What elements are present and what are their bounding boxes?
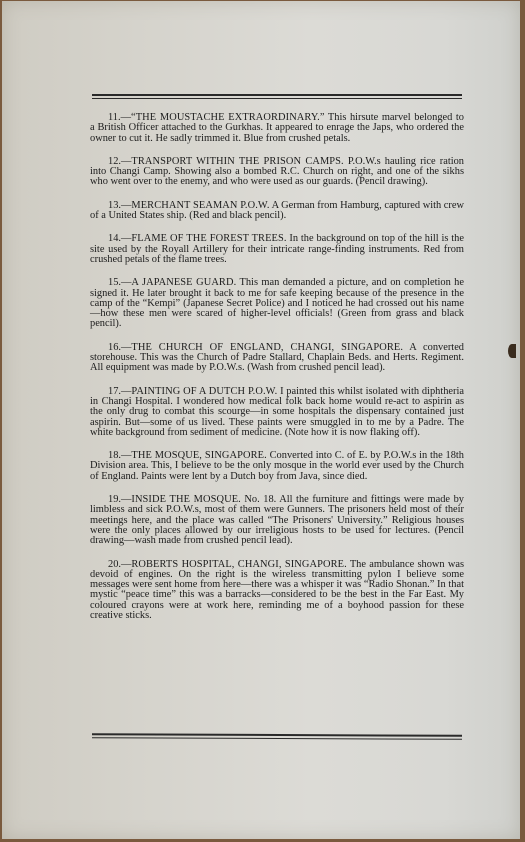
document-page: 11.—“THE MOUSTACHE EXTRAORDINARY.” This … (2, 1, 520, 839)
top-double-rule (92, 94, 462, 99)
entry-11: 11.—“THE MOUSTACHE EXTRAORDINARY.” This … (90, 113, 464, 144)
entry-15: 15.—A JAPANESE GUARD. This man demanded … (90, 278, 464, 329)
catalogue-entries: 11.—“THE MOUSTACHE EXTRAORDINARY.” This … (90, 113, 464, 634)
entry-16: 16.—THE CHURCH OF ENGLAND, CHANGI, SINGA… (90, 343, 464, 374)
entry-17: 17.—PAINTING OF A DUTCH P.O.W. I painted… (90, 387, 464, 438)
entry-13: 13.—MERCHANT SEAMAN P.O.W. A German from… (90, 201, 464, 222)
page-tear-mark (508, 344, 516, 358)
entry-19: 19.—INSIDE THE MOSQUE. No. 18. All the f… (90, 495, 464, 546)
entry-body: The ambulance shown was devoid of engine… (90, 559, 464, 621)
entry-14: 14.—FLAME OF THE FOREST TREES. In the ba… (90, 234, 464, 265)
entry-12: 12.—TRANSPORT WITHIN THE PRISON CAMPS. P… (90, 157, 464, 188)
entry-18: 18.—THE MOSQUE, SINGAPORE. Converted int… (90, 451, 464, 482)
bottom-double-rule (92, 733, 462, 740)
entry-20: 20.—ROBERTS HOSPITAL, CHANGI, SINGAPORE.… (90, 560, 464, 622)
